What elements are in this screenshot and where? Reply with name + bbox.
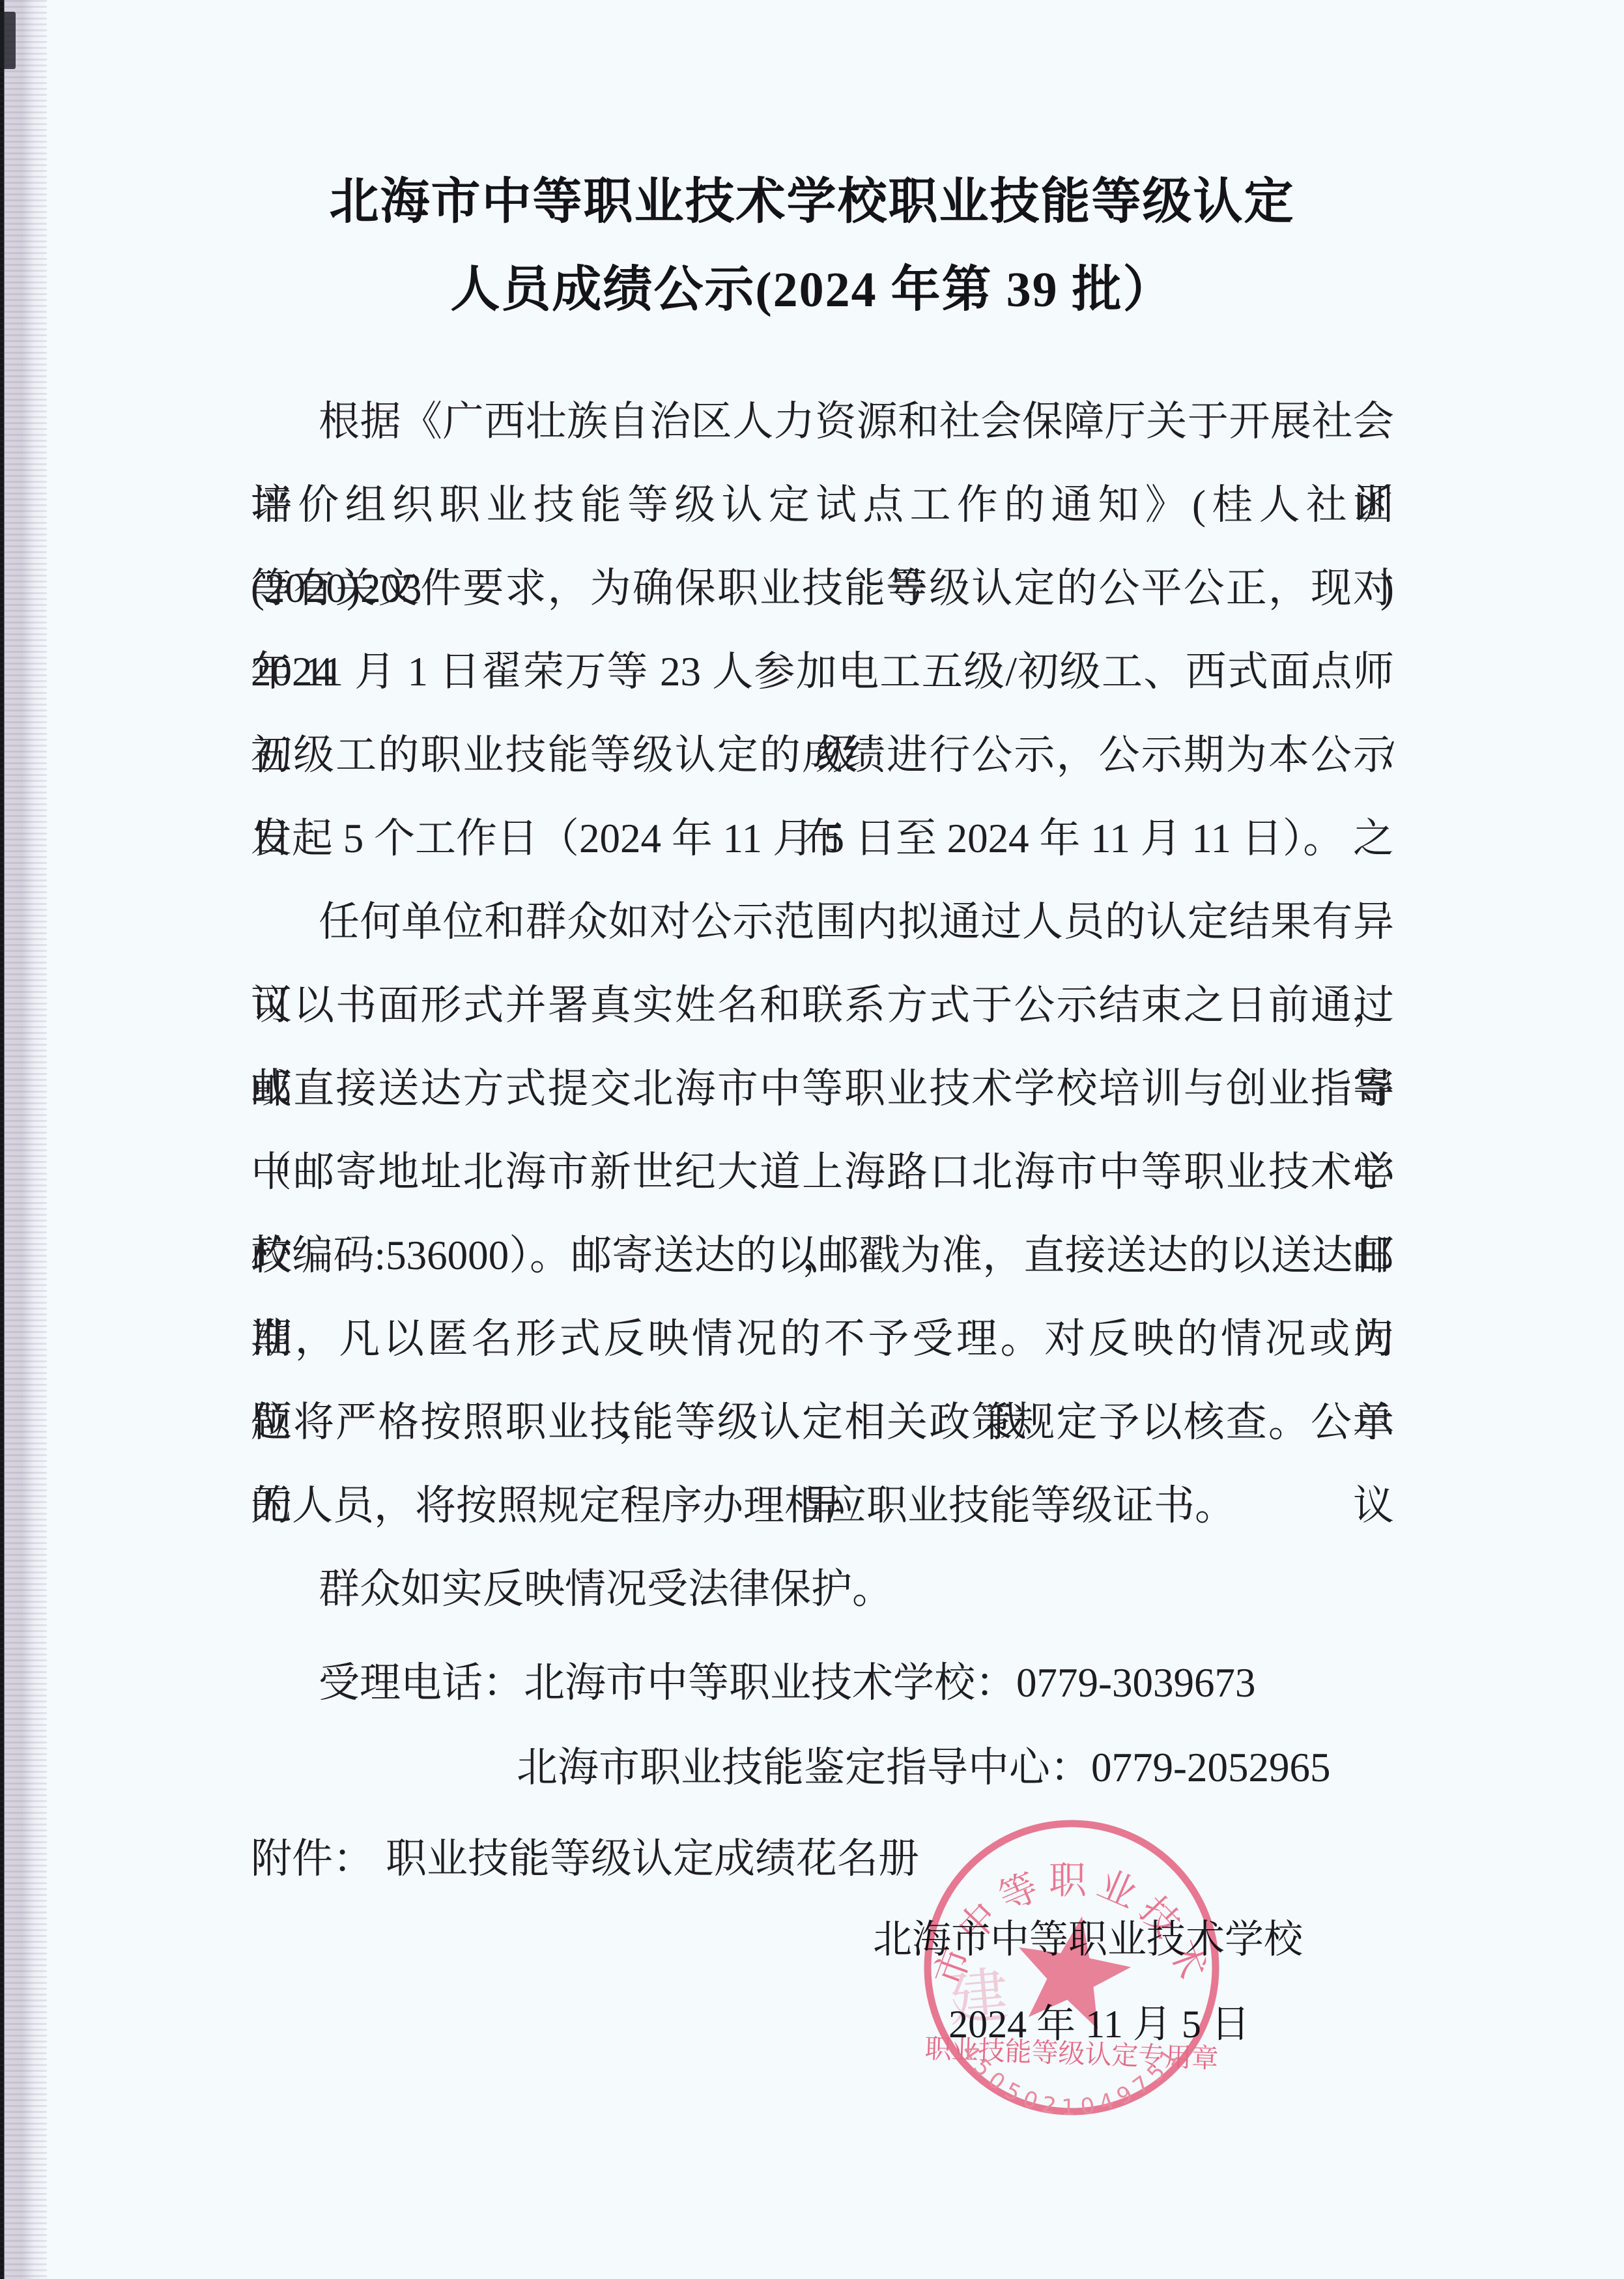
body-line: 的人员，将按照规定程序办理相应职业技能等级证书。 [251,1464,1394,1547]
body-line: 年 11 月 1 日翟荣万等 23 人参加电工五级/初级工、西式面点师五级/ [251,630,1394,713]
attachment-value: 职业技能等级认定成绩花名册 [386,1836,919,1882]
body-line: 群众如实反映情况受法律保护。 [251,1547,1394,1631]
seal-star-icon [1007,1906,1138,2033]
scan-corner-mark [0,12,16,69]
hotline-line-1: 受理电话：北海市中等职业技术学校：0779-3039673 [251,1641,1394,1725]
scan-edge-artifact [0,0,47,2279]
title-line-2: 人员成绩公示(2024 年第 39 批） [0,246,1624,334]
body-line: 准，凡以匿名形式反映情况的不予受理。对反映的情况或问题，我单 [251,1297,1394,1381]
body-line: 位将严格按照职业技能等级认定相关政策规定予以核查。公示无异议 [251,1381,1394,1464]
attachment-label: 附件： [251,1836,374,1882]
hotline-line-2: 北海市职业技能鉴定指导中心：0779-2052965 [251,1726,1394,1809]
body-line: 可以书面形式并署真实姓名和联系方式于公示结束之日前通过邮寄 [251,964,1394,1047]
body-line: 等有关文件要求，为确保职业技能等级认定的公平公正，现对 2024 [251,547,1394,630]
body-line: 日起 5 个工作日（2024 年 11 月 5 日至 2024 年 11 月 1… [251,797,1394,880]
official-seal: 建 北海市中等职业技术学校 职业技能等级认定专用章 4505021049751 [915,1811,1228,2124]
body-line: 受理电话：北海市中等职业技术学校：0779-3039673 [251,1641,1394,1725]
body-line: 初级工的职业技能等级认定的成绩进行公示，公示期为本公示发布之 [251,713,1394,797]
title-line-1: 北海市中等职业技术学校职业技能等级认定 [0,158,1624,246]
document-title: 北海市中等职业技术学校职业技能等级认定 人员成绩公示(2024 年第 39 批） [0,158,1624,334]
paragraph-1: 根据《广西壮族自治区人力资源和社会保障厅关于开展社会培训 评价组织职业技能等级认… [251,380,1394,880]
paragraph-2: 任何单位和群众如对公示范围内拟通过人员的认定结果有异议， 可以书面形式并署真实姓… [251,880,1394,1547]
body-line: 北海市职业技能鉴定指导中心：0779-2052965 [517,1726,1394,1809]
body-line: 或直接送达方式提交北海市中等职业技术学校培训与创业指导中心 [251,1047,1394,1130]
scanned-notice-page: { "page": { "background_color": "#f5fafd… [0,0,1624,2279]
body-line: 评价组织职业技能等级认定试点工作的通知》(桂人社函(2020)203 号) [251,463,1394,547]
body-line: （邮寄地址北海市新世纪大道上海路口北海市中等职业技术学校，邮 [251,1130,1394,1214]
body-line: 根据《广西壮族自治区人力资源和社会保障厅关于开展社会培训 [251,380,1394,463]
body-line: 任何单位和群众如对公示范围内拟通过人员的认定结果有异议， [251,880,1394,964]
body-line: 政编码:536000）。邮寄送达的以邮戳为准，直接送达的以送达日期为 [251,1214,1394,1297]
paragraph-3: 群众如实反映情况受法律保护。 [251,1547,1394,1631]
